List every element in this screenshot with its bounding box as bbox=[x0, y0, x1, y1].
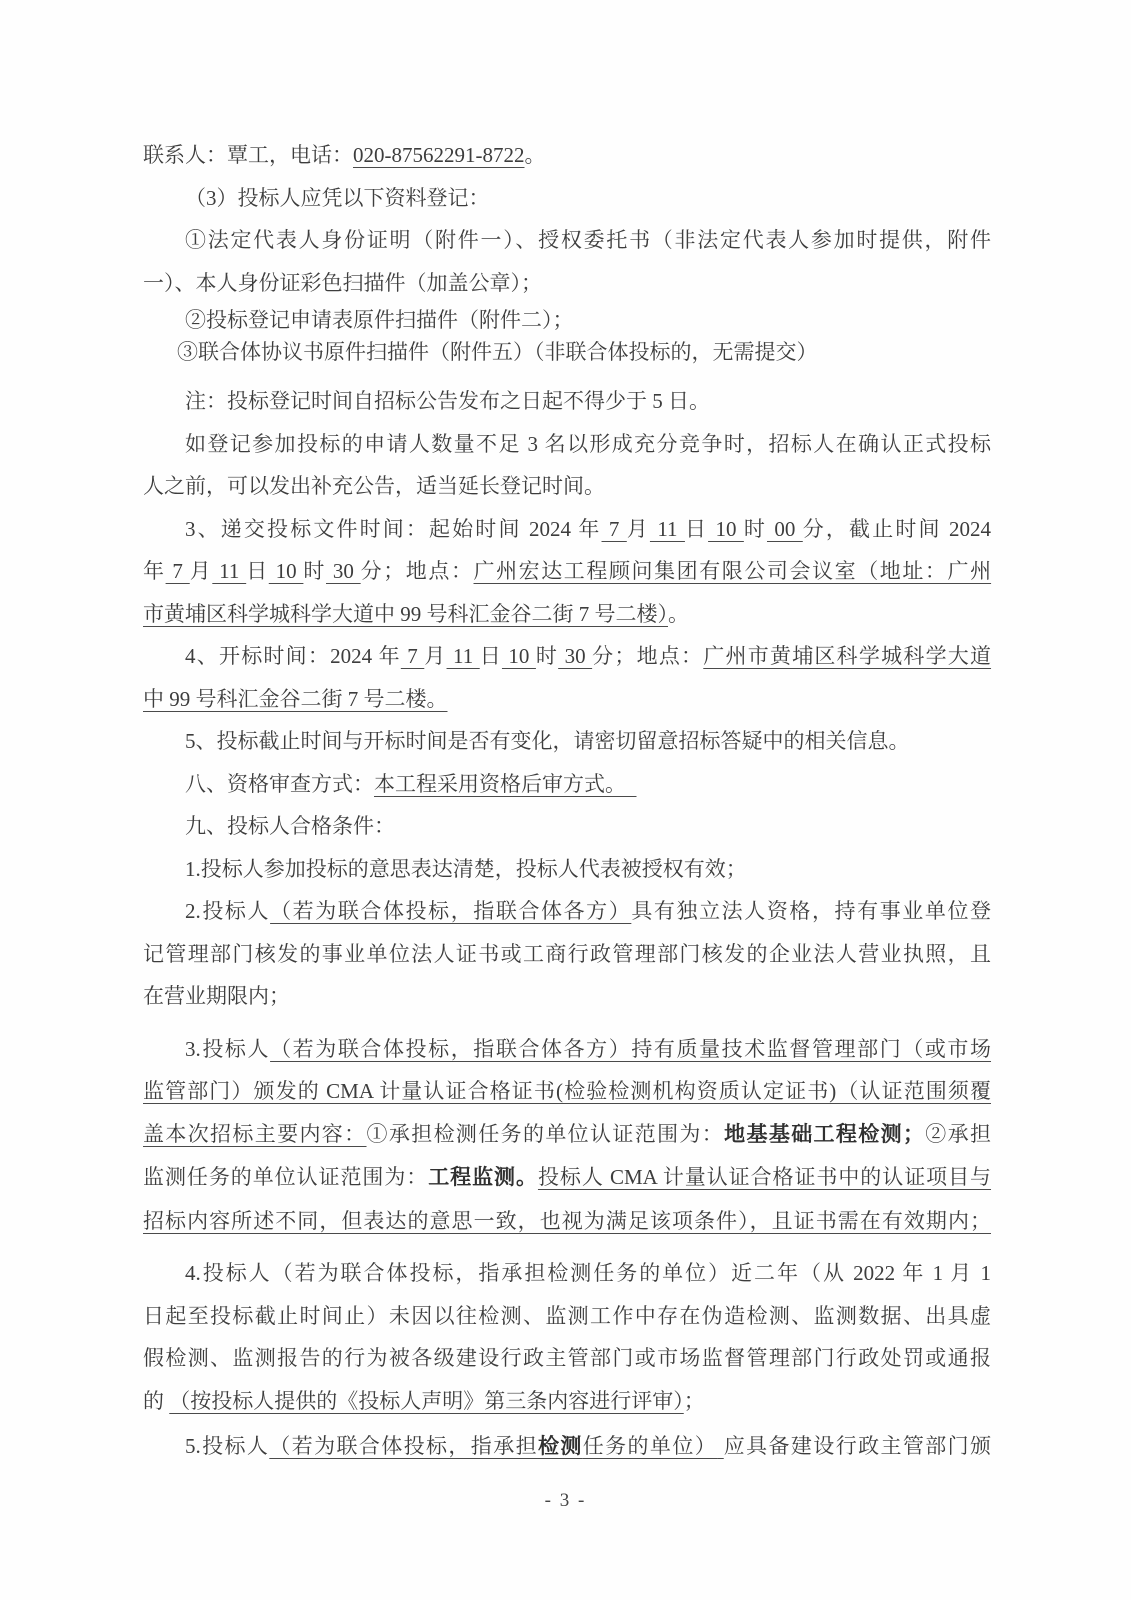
text-run: 时 bbox=[744, 517, 767, 541]
text-run: 市黄埔区科学城科学大道中 99 号科汇金谷二街 7 号二楼） bbox=[143, 602, 668, 626]
text-run: 监测任务的单位认证范围为： bbox=[143, 1165, 428, 1189]
text-run: 一）、本人身份证彩色扫描件（加盖公章）； bbox=[143, 271, 542, 295]
text-run: 5.投标人 bbox=[185, 1434, 269, 1458]
text-run: 10 bbox=[708, 517, 744, 541]
text-line: 监测任务的单位认证范围为：工程监测。投标人 CMA 计量认证合格证书中的认证项目… bbox=[143, 1156, 991, 1200]
text-run: 招标内容所述不同，但表达的意思一致，也视为满足该项条件），且证书需在有效期内； bbox=[143, 1209, 991, 1233]
document-page: 联系人：覃工，电话：020-87562291-8722。（3）投标人应凭以下资料… bbox=[0, 0, 1131, 1600]
text-run: 月 bbox=[424, 644, 446, 668]
text-line: 如登记参加投标的申请人数量不足 3 名以形成充分竞争时，招标人在确认正式投标 bbox=[143, 423, 991, 466]
text-run: 盖本次招标主要内容： bbox=[143, 1122, 367, 1146]
text-run: 11 bbox=[650, 517, 685, 541]
text-line: 盖本次招标主要内容：①承担检测任务的单位认证范围为：地基基础工程检测；②承担 bbox=[143, 1113, 991, 1157]
text-run: 如登记参加投标的申请人数量不足 3 名以形成充分竞争时，招标人在确认正式投标 bbox=[185, 432, 991, 456]
text-run: 年 bbox=[143, 559, 166, 583]
text-run: 假检测、监测报告的行为被各级建设行政主管部门或市场监督管理部门行政处罚或通报 bbox=[143, 1346, 991, 1370]
text-run: 检测 bbox=[538, 1435, 583, 1458]
text-run: ； bbox=[684, 1389, 705, 1413]
text-run: 九、投标人合格条件： bbox=[185, 814, 395, 838]
text-run: 00 bbox=[767, 517, 803, 541]
text-run: 10 bbox=[502, 644, 536, 668]
text-line: 4、开标时间：2024 年 7 月 11 日 10 时 30 分；地点：广州市黄… bbox=[143, 635, 991, 678]
text-run bbox=[717, 1434, 724, 1458]
text-run: ②投标登记申请表原件扫描件（附件二）； bbox=[185, 308, 574, 332]
text-run: 4.投标人（若为联合体投标，指承担检测任务的单位）近二年（从 2022 年 1 … bbox=[185, 1261, 991, 1285]
submission-location: 广州宏达工程顾问集团有限公司会议室（地址：广州 bbox=[474, 559, 992, 583]
opening-time-clause: 4、开标时间：2024 年 7 月 11 日 10 时 30 分；地点：广州市黄… bbox=[143, 635, 991, 720]
text-run: 任务的单位） bbox=[583, 1434, 717, 1458]
text-line: 5.投标人（若为联合体投标，指承担检测任务的单位） 应具备建设行政主管部门颁 bbox=[143, 1425, 991, 1469]
phone-number: 020-87562291-8722 bbox=[353, 143, 525, 167]
text-run: （3）投标人应凭以下资料登记： bbox=[185, 186, 490, 210]
text-run: 的 bbox=[143, 1389, 169, 1413]
text-line: 招标内容所述不同，但表达的意思一致，也视为满足该项条件），且证书需在有效期内； bbox=[143, 1200, 991, 1243]
text-run: 八、资格审查方式： bbox=[185, 772, 374, 796]
text-run: 人之前，可以发出补充公告，适当延长登记时间。 bbox=[143, 474, 605, 498]
text-run: 7 bbox=[602, 517, 627, 541]
text-line: 注：投标登记时间自招标公告发布之日起不得少于 5 日。 bbox=[143, 380, 991, 423]
text-run: 5、投标截止时间与开标时间是否有变化，请密切留意招标答疑中的相关信息。 bbox=[185, 729, 910, 753]
page-number: - 3 - bbox=[0, 1490, 1131, 1512]
text-run: 时 bbox=[303, 559, 326, 583]
text-line: 2.投标人（若为联合体投标，指联合体各方）具有独立法人资格，持有事业单位登 bbox=[143, 890, 991, 933]
text-run: 11 bbox=[447, 644, 480, 668]
review-method: 本工程采用资格后审方式。 bbox=[374, 772, 637, 796]
text-run: 联系人：覃工，电话： bbox=[143, 143, 353, 167]
certified-scope-testing: 地基基础工程检测； bbox=[724, 1123, 924, 1146]
text-run: ①承担检测任务的单位认证范围为： bbox=[367, 1122, 725, 1146]
text-line: 中 99 号科汇金谷二街 7 号二楼。 bbox=[143, 678, 991, 721]
qualification-review-clause: 八、资格审查方式：本工程采用资格后审方式。 bbox=[143, 763, 991, 806]
registration-note: 注：投标登记时间自招标公告发布之日起不得少于 5 日。 bbox=[143, 380, 991, 423]
text-line: 日起至投标截止时间止）未因以往检测、监测工作中存在伪造检测、监测数据、出具虚 bbox=[143, 1295, 991, 1338]
contact-line: 联系人：覃工，电话：020-87562291-8722。 bbox=[143, 134, 991, 177]
text-line: 年 7 月 11 日 10 时 30 分；地点：广州宏达工程顾问集团有限公司会议… bbox=[143, 550, 991, 593]
text-run: （若为联合体投标，指联合体各方）持有质量技术监督管理部门（或市场 bbox=[270, 1037, 991, 1061]
text-line: 3.投标人（若为联合体投标，指联合体各方）持有质量技术监督管理部门（或市场 bbox=[143, 1028, 991, 1071]
submission-time-clause: 3、递交投标文件时间：起始时间 2024 年 7 月 11 日 10 时 00 … bbox=[143, 508, 991, 636]
text-run: 2.投标人 bbox=[185, 899, 270, 923]
text-run: 1.投标人参加投标的意思表达清楚，投标人代表被授权有效； bbox=[185, 857, 747, 881]
text-run: 月 bbox=[627, 517, 650, 541]
text-run: 注：投标登记时间自招标公告发布之日起不得少于 5 日。 bbox=[185, 389, 710, 413]
text-run: 7 bbox=[401, 644, 424, 668]
text-run: 月 bbox=[190, 559, 213, 583]
text-line: 3、递交投标文件时间：起始时间 2024 年 7 月 11 日 10 时 00 … bbox=[143, 508, 991, 551]
text-line: 九、投标人合格条件： bbox=[143, 805, 991, 848]
eligibility-item-3: 3.投标人（若为联合体投标，指联合体各方）持有质量技术监督管理部门（或市场监管部… bbox=[143, 1028, 991, 1243]
text-run: 7 bbox=[166, 559, 190, 583]
eligibility-item-4: 4.投标人（若为联合体投标，指承担检测任务的单位）近二年（从 2022 年 1 … bbox=[143, 1252, 991, 1422]
text-run: 10 bbox=[269, 559, 304, 583]
text-run: 11 bbox=[212, 559, 246, 583]
material-item-1: ①法定代表人身份证明（附件一）、授权委托书（非法定代表人参加时提供，附件一）、本… bbox=[143, 219, 991, 304]
text-run: ②承担 bbox=[924, 1122, 991, 1146]
eligibility-item-5: 5.投标人（若为联合体投标，指承担检测任务的单位） 应具备建设行政主管部门颁 bbox=[143, 1425, 991, 1469]
text-line: 联系人：覃工，电话：020-87562291-8722。 bbox=[143, 134, 991, 177]
text-line: 记管理部门核发的事业单位法人证书或工商行政管理部门核发的企业法人营业执照，且 bbox=[143, 933, 991, 976]
text-run: 日 bbox=[246, 559, 269, 583]
text-line: 人之前，可以发出补充公告，适当延长登记时间。 bbox=[143, 465, 991, 508]
registration-materials-heading: （3）投标人应凭以下资料登记： bbox=[143, 177, 991, 220]
supplement-note: 如登记参加投标的申请人数量不足 3 名以形成充分竞争时，招标人在确认正式投标人之… bbox=[143, 423, 991, 508]
text-run: 30 bbox=[326, 559, 361, 583]
eligibility-item-2: 2.投标人（若为联合体投标，指联合体各方）具有独立法人资格，持有事业单位登记管理… bbox=[143, 890, 991, 1018]
material-item-3: ③联合体协议书原件扫描件（附件五）（非联合体投标的，无需提交） bbox=[143, 336, 991, 368]
eligibility-item-1: 1.投标人参加投标的意思表达清楚，投标人代表被授权有效； bbox=[143, 848, 991, 891]
text-run: 中 99 号科汇金谷二街 7 号二楼。 bbox=[143, 687, 448, 711]
text-run: 3.投标人 bbox=[185, 1037, 270, 1061]
material-item-2: ②投标登记申请表原件扫描件（附件二）； bbox=[143, 304, 991, 336]
text-line: ③联合体协议书原件扫描件（附件五）（非联合体投标的，无需提交） bbox=[143, 336, 991, 368]
text-run: （若为联合体投标，指联合体各方） bbox=[270, 899, 631, 923]
text-line: （3）投标人应凭以下资料登记： bbox=[143, 177, 991, 220]
text-run: （若为联合体投标，指承担 bbox=[269, 1434, 538, 1458]
text-run: 。 bbox=[525, 143, 546, 167]
text-line: 的 （按投标人提供的《投标人声明》第三条内容进行评审）； bbox=[143, 1380, 991, 1423]
text-line: 假检测、监测报告的行为被各级建设行政主管部门或市场监督管理部门行政处罚或通报 bbox=[143, 1337, 991, 1380]
text-run: 4、开标时间：2024 年 bbox=[185, 644, 401, 668]
bidder-eligibility-heading: 九、投标人合格条件： bbox=[143, 805, 991, 848]
text-run: 分，截止时间 2024 bbox=[803, 517, 991, 541]
text-line: ①法定代表人身份证明（附件一）、授权委托书（非法定代表人参加时提供，附件 bbox=[143, 219, 991, 262]
declaration-review-basis: （按投标人提供的《投标人声明》第三条内容进行评审） bbox=[169, 1389, 684, 1413]
text-run: 日 bbox=[685, 517, 708, 541]
text-run: 3、递交投标文件时间：起始时间 2024 年 bbox=[185, 517, 602, 541]
text-run: 监管部门）颁发的 CMA 计量认证合格证书(检验检测机构资质认定证书)（认证范围… bbox=[143, 1079, 991, 1103]
text-line: 一）、本人身份证彩色扫描件（加盖公章）； bbox=[143, 262, 991, 305]
text-run: 分；地点： bbox=[361, 559, 474, 583]
certified-scope-monitoring: 工程监测。 bbox=[428, 1166, 538, 1189]
text-run: 应具备建设行政主管部门颁 bbox=[724, 1434, 991, 1458]
text-run: ③联合体协议书原件扫描件（附件五）（非联合体投标的，无需提交） bbox=[177, 340, 818, 364]
text-run: 。 bbox=[668, 602, 689, 626]
text-line: 市黄埔区科学城科学大道中 99 号科汇金谷二街 7 号二楼）。 bbox=[143, 593, 991, 636]
text-run: 日 bbox=[480, 644, 502, 668]
text-run: 具有独立法人资格，持有事业单位登 bbox=[631, 899, 991, 923]
text-line: 在营业期限内； bbox=[143, 975, 991, 1018]
text-run: 分；地点： bbox=[592, 644, 703, 668]
document-body: 联系人：覃工，电话：020-87562291-8722。（3）投标人应凭以下资料… bbox=[143, 134, 991, 1469]
text-line: 1.投标人参加投标的意思表达清楚，投标人代表被授权有效； bbox=[143, 848, 991, 891]
text-line: 监管部门）颁发的 CMA 计量认证合格证书(检验检测机构资质认定证书)（认证范围… bbox=[143, 1070, 991, 1113]
change-notice-clause: 5、投标截止时间与开标时间是否有变化，请密切留意招标答疑中的相关信息。 bbox=[143, 720, 991, 763]
text-run: 时 bbox=[536, 644, 558, 668]
text-run: 30 bbox=[558, 644, 592, 668]
opening-location: 广州市黄埔区科学城科学大道 bbox=[703, 644, 991, 668]
text-line: 八、资格审查方式：本工程采用资格后审方式。 bbox=[143, 763, 991, 806]
text-line: ②投标登记申请表原件扫描件（附件二）； bbox=[143, 304, 991, 336]
text-run: 日起至投标截止时间止）未因以往检测、监测工作中存在伪造检测、监测数据、出具虚 bbox=[143, 1304, 991, 1328]
text-run: 在营业期限内； bbox=[143, 984, 290, 1008]
text-run: ①法定代表人身份证明（附件一）、授权委托书（非法定代表人参加时提供，附件 bbox=[185, 228, 991, 252]
text-run: 记管理部门核发的事业单位法人证书或工商行政管理部门核发的企业法人营业执照，且 bbox=[143, 942, 991, 966]
text-line: 5、投标截止时间与开标时间是否有变化，请密切留意招标答疑中的相关信息。 bbox=[143, 720, 991, 763]
text-line: 4.投标人（若为联合体投标，指承担检测任务的单位）近二年（从 2022 年 1 … bbox=[143, 1252, 991, 1295]
text-run: 投标人 CMA 计量认证合格证书中的认证项目与 bbox=[538, 1165, 991, 1189]
